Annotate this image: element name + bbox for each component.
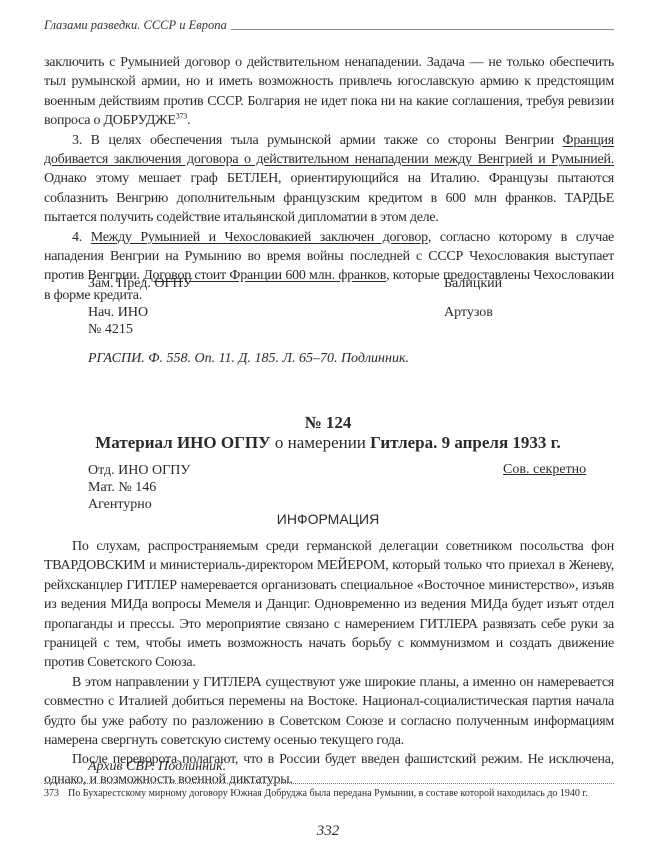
book-page: Глазами разведки. СССР и Европа заключит… [0,0,656,855]
signature-row: Нач. ИНО Артузов [88,305,528,321]
footnote-text: По Бухарестскому мирному договору Южная … [68,788,588,799]
footnote: 373 По Бухарестскому мирному договору Юж… [44,788,624,799]
archive-source: РГАСПИ. Ф. 558. Оп. 11. Д. 185. Л. 65–70… [88,351,409,367]
footnote-divider [44,783,614,784]
running-head: Глазами разведки. СССР и Европа [44,18,614,33]
document-paragraph: По слухам, распространяемым среди герман… [44,537,614,673]
signature-name: Балицкий [444,276,528,292]
continuation-text: заключить с Румынией договор о действите… [44,53,614,305]
document-title: Материал ИНО ОГПУ о намерении Гитлера. 9… [0,433,656,453]
footnote-number: 373 [44,788,68,799]
signature-title: Зам. Пред. ОГПУ [88,276,193,292]
header-line: Мат. № 146 [88,479,190,496]
paragraph-continued: заключить с Румынией договор о действите… [44,53,614,131]
document-ref-number: № 4215 [88,322,133,338]
paragraph-4: 4. Между Румынией и Чехословакией заключ… [44,228,614,306]
underlined-passage: Между Румынией и Чехословакией заключен … [91,230,428,245]
signature-name: Артузов [444,305,528,321]
header-line: Отд. ИНО ОГПУ [88,462,190,479]
running-head-title: Глазами разведки. СССР и Европа [44,18,227,33]
footnote-ref[interactable]: 373 [176,112,187,121]
document-body: По слухам, распространяемым среди герман… [44,537,614,789]
document-paragraph: В этом направлении у ГИТЛЕРА существуют … [44,673,614,751]
paragraph-3: 3. В целях обеспечения тыла румынской ар… [44,131,614,228]
page-number: 332 [0,823,656,840]
running-head-rule [231,29,614,30]
signature-title: Нач. ИНО [88,305,148,321]
archive-source: Архив СВР. Подлинник. [88,759,226,775]
document-header: Отд. ИНО ОГПУ Мат. № 146 Агентурно [88,462,190,513]
document-number: № 124 [0,413,656,433]
classification-label: Сов. секретно [503,462,586,478]
section-heading: ИНФОРМАЦИЯ [0,511,656,527]
signature-row: Зам. Пред. ОГПУ Балицкий [88,276,528,292]
